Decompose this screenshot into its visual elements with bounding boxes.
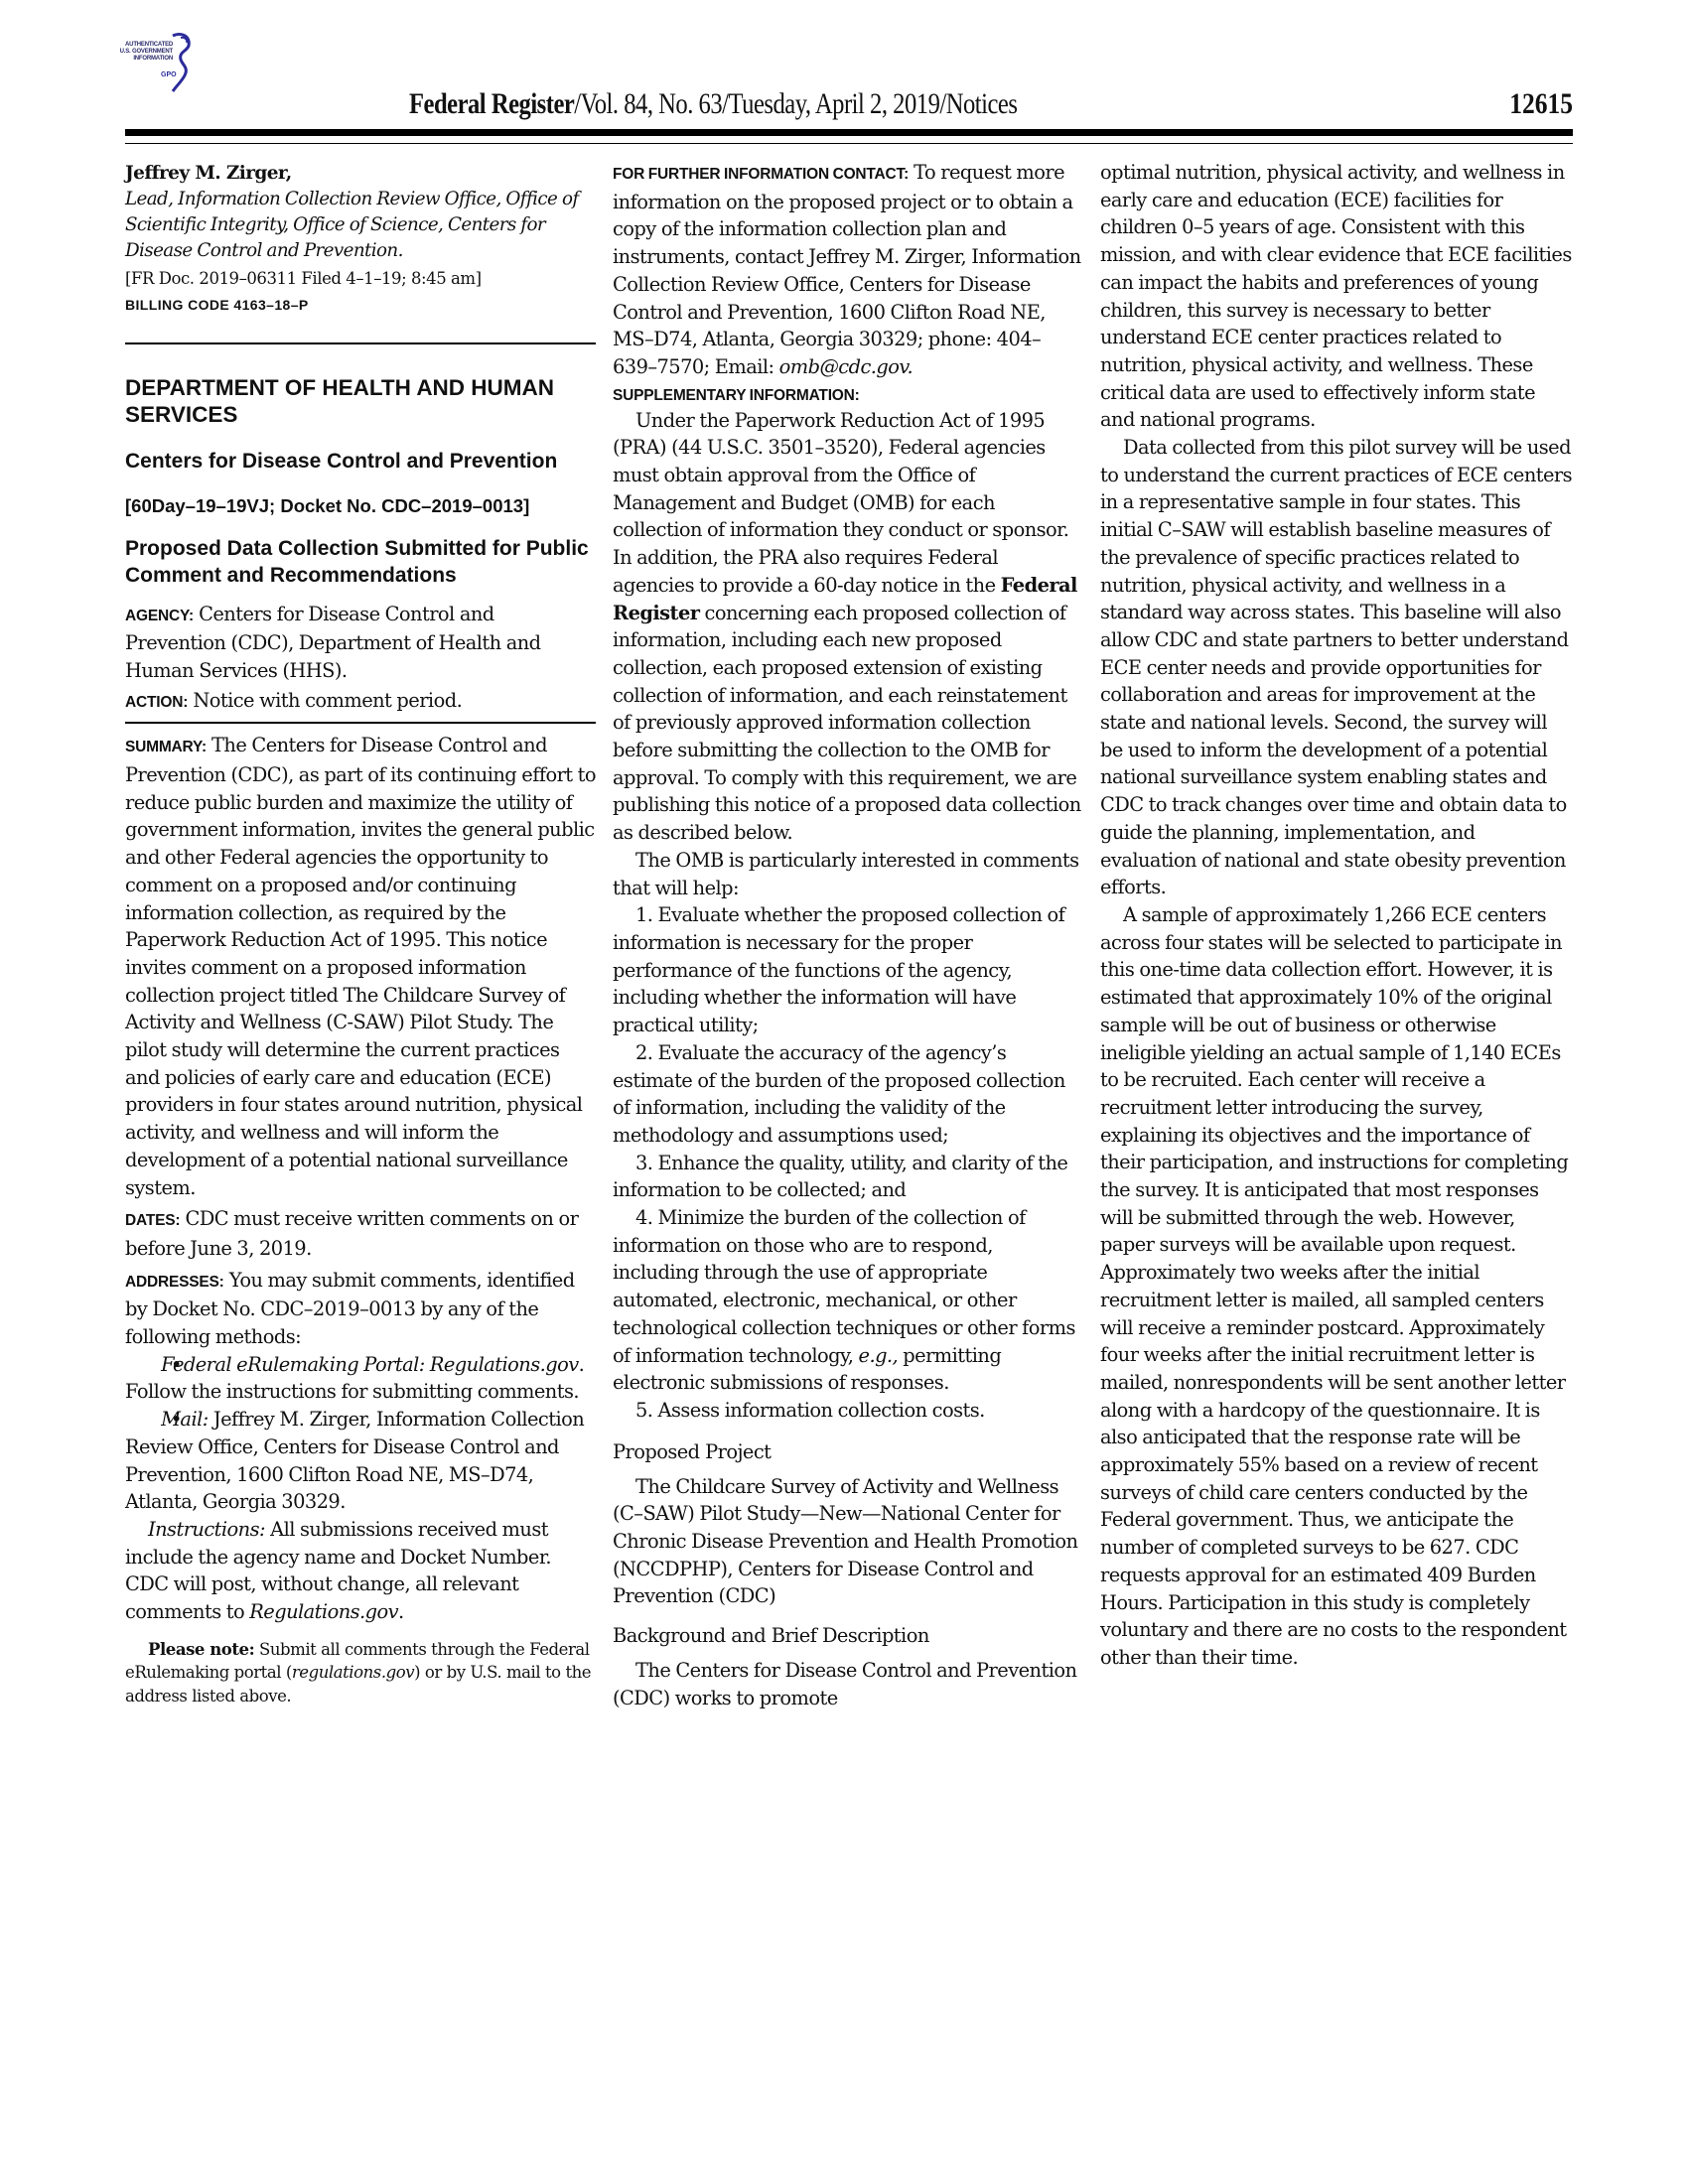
action-text: Notice with comment period. <box>193 689 462 712</box>
bullet-mail: • Mail: Jeffrey M. Zirger, Information C… <box>125 1406 596 1516</box>
item-text: 4. Minimize the burden of the collection… <box>613 1206 1075 1367</box>
section-rule <box>125 342 596 344</box>
pra-text: concerning each proposed collection of i… <box>613 602 1081 845</box>
gpo-mark: GPO <box>161 71 177 78</box>
addresses-paragraph: ADDRESSES: You may submit comments, iden… <box>125 1267 596 1351</box>
logo-line: INFORMATION <box>111 56 173 63</box>
regulations-link[interactable]: regulations.gov <box>292 1663 414 1682</box>
signer-name: Jeffrey M. Zirger, <box>125 161 596 187</box>
column-1: Jeffrey M. Zirger, Lead, Information Col… <box>125 159 596 1707</box>
regulations-link[interactable]: Regulations.gov <box>249 1600 398 1623</box>
supplementary-label: SUPPLEMENTARY INFORMATION: <box>613 387 860 404</box>
proposed-project-text: The Childcare Survey of Activity and Wel… <box>613 1473 1083 1611</box>
portal-link[interactable]: Federal eRulemaking Portal: Regulations.… <box>161 1353 579 1376</box>
please-note-paragraph: Please note: Submit all comments through… <box>125 1638 596 1708</box>
proposed-project-heading: Proposed Project <box>613 1438 1083 1465</box>
sample-paragraph: A sample of approximately 1,266 ECE cent… <box>1100 901 1573 1672</box>
agency-paragraph: AGENCY: Centers for Disease Control and … <box>125 601 596 685</box>
addresses-label: ADDRESSES: <box>125 1274 224 1291</box>
action-paragraph: ACTION: Notice with comment period. <box>125 687 596 717</box>
omb-intro: The OMB is particularly interested in co… <box>613 847 1083 901</box>
notice-title: Proposed Data Collection Submitted for P… <box>125 535 596 589</box>
agency-label: AGENCY: <box>125 608 194 624</box>
eg-italic: e.g., <box>859 1344 899 1367</box>
pilot-survey-paragraph: Data collected from this pilot survey wi… <box>1100 434 1573 901</box>
issue-info: /Vol. 84, No. 63/Tuesday, April 2, 2019/… <box>574 87 1017 120</box>
summary-text: The Centers for Disease Control and Prev… <box>125 734 596 1198</box>
agency-heading: Centers for Disease Control and Preventi… <box>125 448 596 475</box>
fr-doc: [FR Doc. 2019–06311 Filed 4–1–19; 8:45 a… <box>125 267 596 291</box>
gpo-eagle-icon <box>167 32 197 93</box>
background-continued: optimal nutrition, physical activity, an… <box>1100 159 1573 434</box>
publication-name: Federal Register <box>409 87 574 120</box>
column-2: FOR FURTHER INFORMATION CONTACT: To requ… <box>613 159 1083 1712</box>
list-item: 4. Minimize the burden of the collection… <box>613 1204 1083 1397</box>
page-header: Federal Register/Vol. 84, No. 63/Tuesday… <box>125 87 1573 123</box>
contact-label: FOR FURTHER INFORMATION CONTACT: <box>613 166 909 183</box>
instructions-paragraph: Instructions: All submissions received m… <box>125 1516 596 1626</box>
dates-paragraph: DATES: CDC must receive written comments… <box>125 1205 596 1262</box>
list-item: 1. Evaluate whether the proposed collect… <box>613 901 1083 1039</box>
docket-heading: [60Day–19–19VJ; Docket No. CDC–2019–0013… <box>125 493 596 518</box>
department-heading: DEPARTMENT OF HEALTH AND HUMAN SERVICES <box>125 374 596 428</box>
bullet-icon: • <box>148 1351 156 1379</box>
contact-paragraph: FOR FURTHER INFORMATION CONTACT: To requ… <box>613 159 1083 381</box>
background-text: The Centers for Disease Control and Prev… <box>613 1657 1083 1711</box>
contact-text: To request more information on the propo… <box>613 161 1081 378</box>
pra-text: Under the Paperwork Reduction Act of 199… <box>613 409 1068 597</box>
logo-line: U.S. GOVERNMENT <box>111 49 173 56</box>
dates-text: CDC must receive written comments on or … <box>125 1207 578 1260</box>
signer-title: Lead, Information Collection Review Offi… <box>125 187 596 264</box>
note-label: Please note: <box>148 1640 254 1659</box>
section-rule <box>125 722 596 724</box>
list-item: 2. Evaluate the accuracy of the agency’s… <box>613 1039 1083 1150</box>
mail-label: Mail: <box>161 1408 209 1431</box>
email-link[interactable]: omb@cdc.gov. <box>779 355 913 378</box>
list-item: 5. Assess information collection costs. <box>613 1397 1083 1425</box>
summary-paragraph: SUMMARY: The Centers for Disease Control… <box>125 732 596 1201</box>
column-3: optimal nutrition, physical activity, an… <box>1100 159 1573 1672</box>
header-rule-thin <box>125 143 1573 144</box>
page-number: 12615 <box>1509 87 1573 121</box>
billing-code: BILLING CODE 4163–18–P <box>125 297 596 313</box>
header-rule-thick <box>125 129 1573 136</box>
punct: . <box>398 1600 404 1623</box>
bullet-portal: • Federal eRulemaking Portal: Regulation… <box>125 1351 596 1406</box>
background-heading: Background and Brief Description <box>613 1622 1083 1649</box>
dates-label: DATES: <box>125 1212 180 1229</box>
summary-label: SUMMARY: <box>125 739 207 755</box>
action-label: ACTION: <box>125 694 188 711</box>
logo-line: AUTHENTICATED <box>111 42 173 49</box>
supplementary-label-line: SUPPLEMENTARY INFORMATION: <box>613 383 1083 407</box>
pra-paragraph: Under the Paperwork Reduction Act of 199… <box>613 407 1083 847</box>
gpo-authentication-logo: AUTHENTICATED U.S. GOVERNMENT INFORMATIO… <box>111 30 230 91</box>
running-head: Federal Register/Vol. 84, No. 63/Tuesday… <box>409 87 1017 121</box>
list-item: 3. Enhance the quality, utility, and cla… <box>613 1150 1083 1204</box>
bullet-icon: • <box>148 1406 156 1433</box>
logo-text: AUTHENTICATED U.S. GOVERNMENT INFORMATIO… <box>111 42 173 63</box>
instructions-label: Instructions: <box>148 1518 265 1541</box>
